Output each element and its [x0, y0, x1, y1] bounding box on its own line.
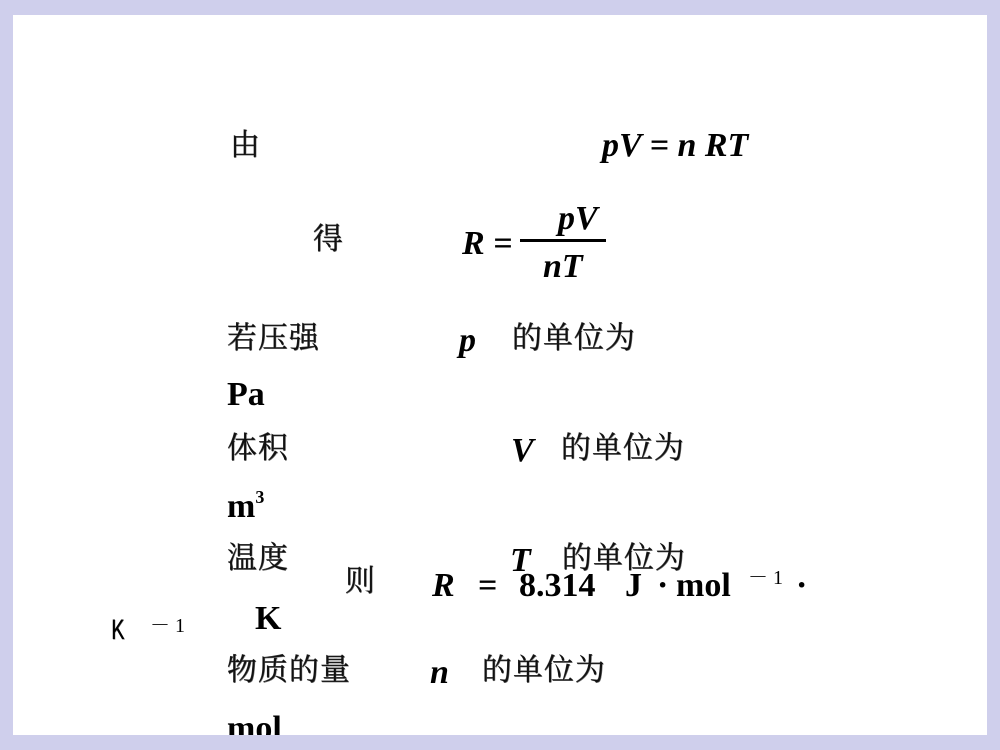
- word-ze: 则: [345, 567, 376, 597]
- temperature-unit: K: [255, 602, 281, 636]
- trailing-dot: ·: [796, 569, 807, 603]
- unit-joule: J: [625, 569, 642, 603]
- result-r: R: [432, 569, 455, 603]
- volume-label: 体积: [227, 434, 289, 464]
- temperature-label: 温度: [227, 544, 289, 574]
- amount-label: 物质的量: [227, 656, 351, 686]
- fraction-bar: [520, 239, 606, 242]
- fraction-numerator: pV: [558, 202, 598, 236]
- mol-exponent: － 1: [748, 568, 783, 588]
- pressure-label: 若压强: [227, 324, 320, 354]
- word-you: 由: [230, 131, 261, 161]
- pressure-unit-suffix: 的单位为: [512, 324, 636, 354]
- result-equals: =: [478, 569, 497, 603]
- volume-symbol: V: [511, 434, 534, 468]
- volume-unit-exponent: 3: [255, 487, 264, 507]
- pressure-unit: Pa: [227, 378, 265, 412]
- kelvin-exponent: － 1: [150, 616, 185, 636]
- amount-symbol: n: [430, 656, 449, 690]
- amount-unit-suffix: 的单位为: [482, 656, 606, 686]
- volume-unit-base: m: [227, 488, 255, 525]
- r-equals: R =: [462, 227, 513, 261]
- volume-unit-suffix: 的单位为: [561, 434, 685, 464]
- unit-mol: mol: [676, 569, 731, 603]
- unit-dot: ·: [657, 569, 668, 603]
- fraction-denominator: nT: [543, 250, 583, 284]
- pressure-symbol: p: [459, 324, 476, 358]
- ideal-gas-equation: pV = n RT: [602, 129, 748, 163]
- result-value: 8.314: [519, 569, 596, 603]
- kelvin-unit: K: [111, 617, 125, 647]
- slide-frame-bottom: [0, 735, 1000, 750]
- volume-unit: m3: [227, 490, 264, 524]
- word-de: 得: [313, 225, 344, 255]
